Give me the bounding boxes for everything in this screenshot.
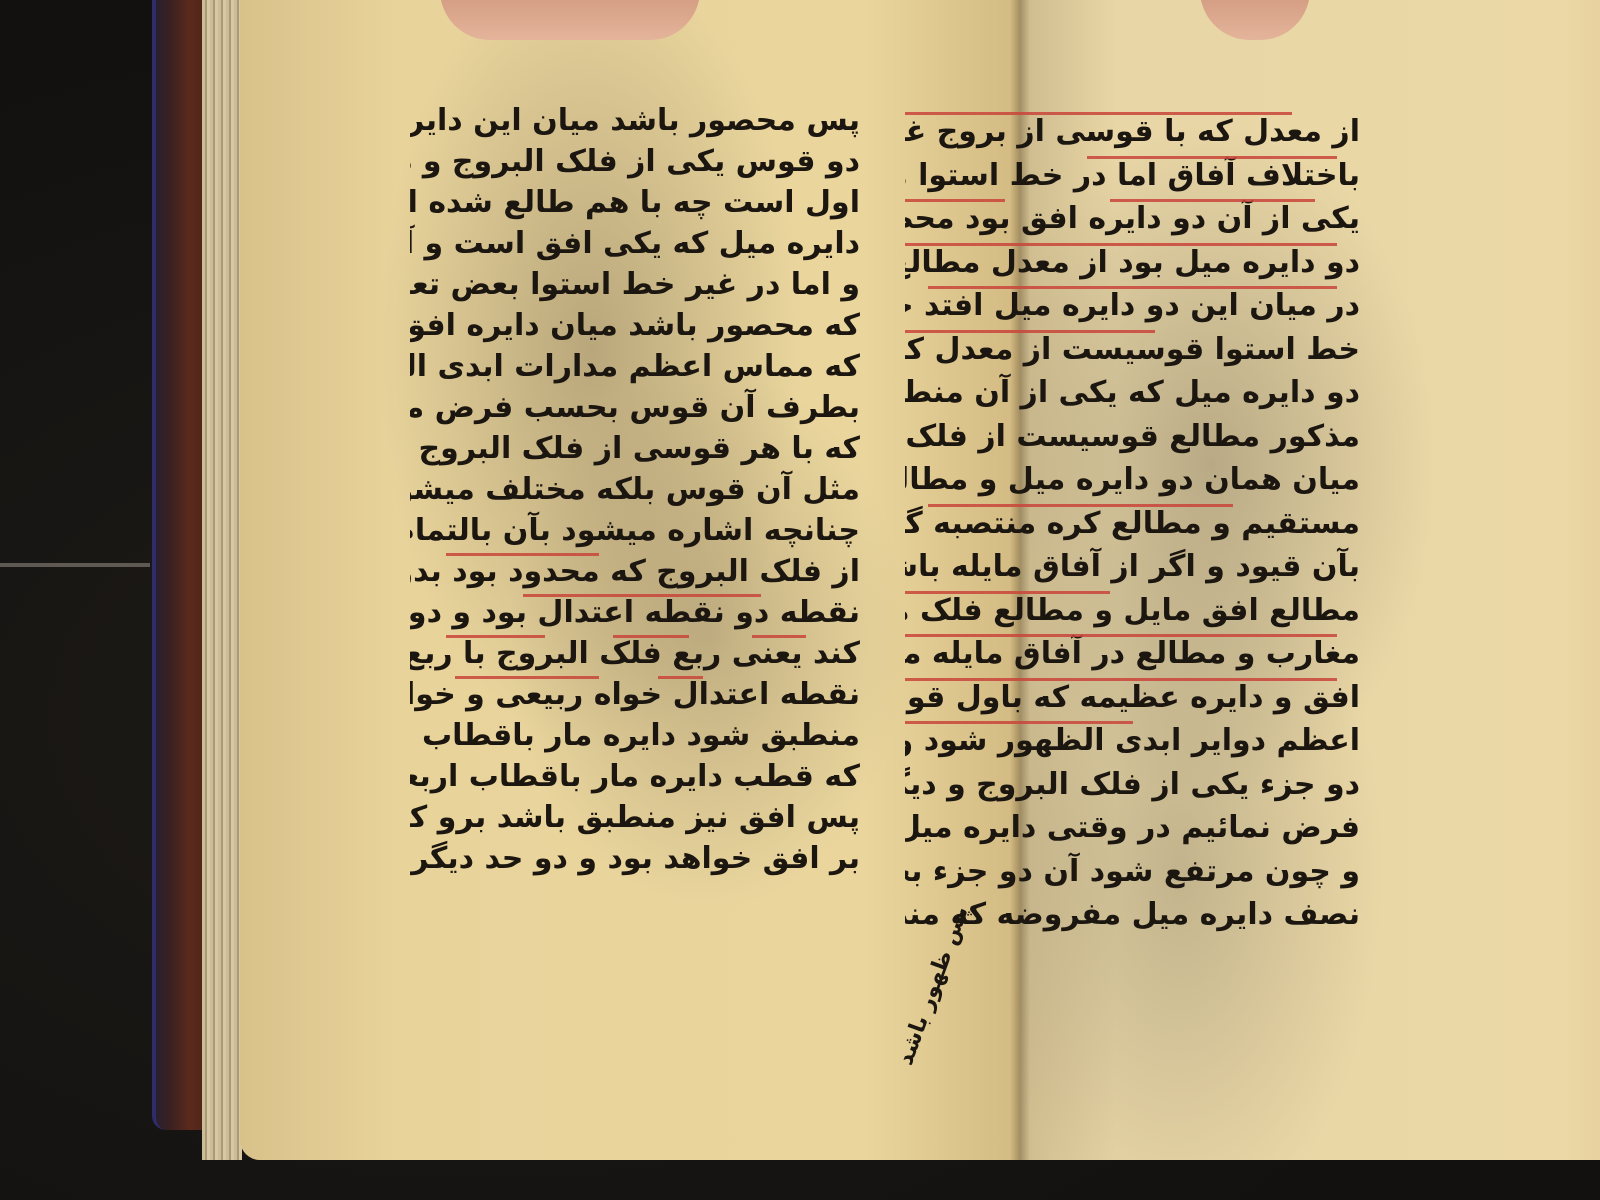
manuscript-line: که با هر قوسی از فلک البروج طالع شود قوس… <box>410 428 860 469</box>
manuscript-line: مطالع افق مایل و مطالع فلک مایل گویند و … <box>905 589 1360 633</box>
rubric-overline <box>905 678 1337 681</box>
rubric-overline <box>905 634 1337 637</box>
manuscript-line: میان همان دو دایره میل و مطالع خط استوا … <box>905 458 1360 502</box>
rubric-overline <box>928 286 1338 289</box>
manuscript-line: و چون مرتفع شود آن دو جزء بحرکت اولی مرت… <box>905 850 1360 894</box>
manuscript-line: مستقیم و مطالع کره منتصبه گویند یعنی مقی… <box>905 502 1360 546</box>
manuscript-line: از فلک البروج که محدود بود بدو نقطه از چ… <box>410 551 860 592</box>
manuscript-line: بآن قیود و اگر از آفاق مایله باشند آنرا … <box>905 545 1360 589</box>
left-page-text: پس محصور باشد میان این دایره مذکوره و اف… <box>410 100 860 879</box>
rubric-overline <box>905 721 1133 724</box>
rubric-overline <box>905 199 1005 202</box>
manuscript-line: پس محصور باشد میان این دایره مذکوره و اف… <box>410 100 860 141</box>
manuscript-line: بر افق خواهد بود و دو حد دیگر از آن دو ر… <box>410 838 860 879</box>
rubric-overline <box>752 635 806 638</box>
rubric-overline <box>1110 199 1315 202</box>
table-seam <box>0 563 150 567</box>
manuscript-line: نقطه اعتدال خواه ربیعی و خواه خریفی بر س… <box>410 674 860 715</box>
manuscript-line: که مماس اعظم مدارات ابدی الظهور باشد و م… <box>410 346 860 387</box>
manuscript-line: اول است چه با هم طالع شده اند و محصورند … <box>410 182 860 223</box>
manuscript-line: که محصور باشد میان دایره افق و دایره عظی… <box>410 305 860 346</box>
open-manuscript <box>130 0 1600 1165</box>
manuscript-line: مثل آن قوس بلکه مختلف میشوند بحسب مواضع … <box>410 469 860 510</box>
manuscript-line: که قطب دایره مار باقطاب اربعه اند بر قطب… <box>410 756 860 797</box>
rubric-overline <box>905 330 1155 333</box>
manuscript-line: افق و دایره عظیمه که باول قوسی از بروج ک… <box>905 676 1360 720</box>
manuscript-line: باختلاف آفاق اما در خط استوا میان دو دای… <box>905 154 1360 198</box>
rubric-overline <box>905 243 1337 246</box>
manuscript-line: دایره میل که یکی افق است و آن هم از دوای… <box>410 223 860 264</box>
left-page-block-edge <box>202 0 242 1160</box>
manuscript-line: دو دایره میل بود از معدل مطالع بود مر آن… <box>905 241 1360 285</box>
manuscript-line: خط استوا قوسیست از معدل که محصور باشد می… <box>905 328 1360 372</box>
manuscript-line: نقطه دو نقطه اعتدال بود و دو نقطه انقلاب… <box>410 592 860 633</box>
manuscript-line: کند یعنی ربع فلک البروج با ربع معدل طلوع… <box>410 633 860 674</box>
manuscript-line: اعظم دوایر ابدی الظهور شود و توضیح کلام … <box>905 719 1360 763</box>
manuscript-line: دو جزء یکی از فلک البروج و دیگر از معدل … <box>905 763 1360 807</box>
manuscript-line: بطرف آن قوس بحسب فرض مذکور و بدانکه لازم… <box>410 387 860 428</box>
manuscript-line: پس افق نیز منطبق باشد برو که مر غیر مره … <box>410 797 860 838</box>
rubric-overline <box>1087 156 1337 159</box>
manuscript-line: از معدل که با قوسی از بروج غروب کند و مط… <box>905 110 1360 154</box>
manuscript-line: فرض نمائیم در وقتی دایره میل مار بر جزئی… <box>905 806 1360 850</box>
rubric-overline <box>446 553 599 556</box>
holding-finger-left <box>440 0 700 40</box>
rubric-overline <box>523 594 762 597</box>
rubric-overline <box>613 635 690 638</box>
manuscript-line: نصف دایره میل مفروضه که منطبق بود بر افق… <box>905 893 1360 937</box>
manuscript-line: در میان این دو دایره میل افتد حاصل آنکه … <box>905 284 1360 328</box>
manuscript-line: مغارب و مطالع در آفاق مایله محصور شود می… <box>905 632 1360 676</box>
rubric-overline <box>658 676 703 679</box>
manuscript-line: چنانچه اشاره میشود بآن بالتمام و در خط ا… <box>410 510 860 551</box>
rubric-overline <box>446 635 545 638</box>
manuscript-line: مذکور مطالع قوسیست از فلک البروج که محصو… <box>905 415 1360 459</box>
manuscript-line: دو دایره میل که یکی از آن منطبق بر افق ب… <box>905 371 1360 415</box>
right-page-text: از معدل که با قوسی از بروج غروب کند و مط… <box>905 110 1360 937</box>
rubric-overline <box>905 112 1292 115</box>
manuscript-line: یکی از آن دو دایره افق بود محصور شوند یع… <box>905 197 1360 241</box>
manuscript-line: دو قوس یکی از فلک البروج و دیگری از معدل… <box>410 141 860 182</box>
rubric-overline <box>928 504 1233 507</box>
manuscript-line: و اما در غیر خط استوا بعض تعین مطالع قوس… <box>410 264 860 305</box>
rubric-overline <box>455 676 599 679</box>
rubric-overline <box>905 591 1110 594</box>
manuscript-line: منطبق شود دایره مار باقطاب اربعه بر افق … <box>410 715 860 756</box>
